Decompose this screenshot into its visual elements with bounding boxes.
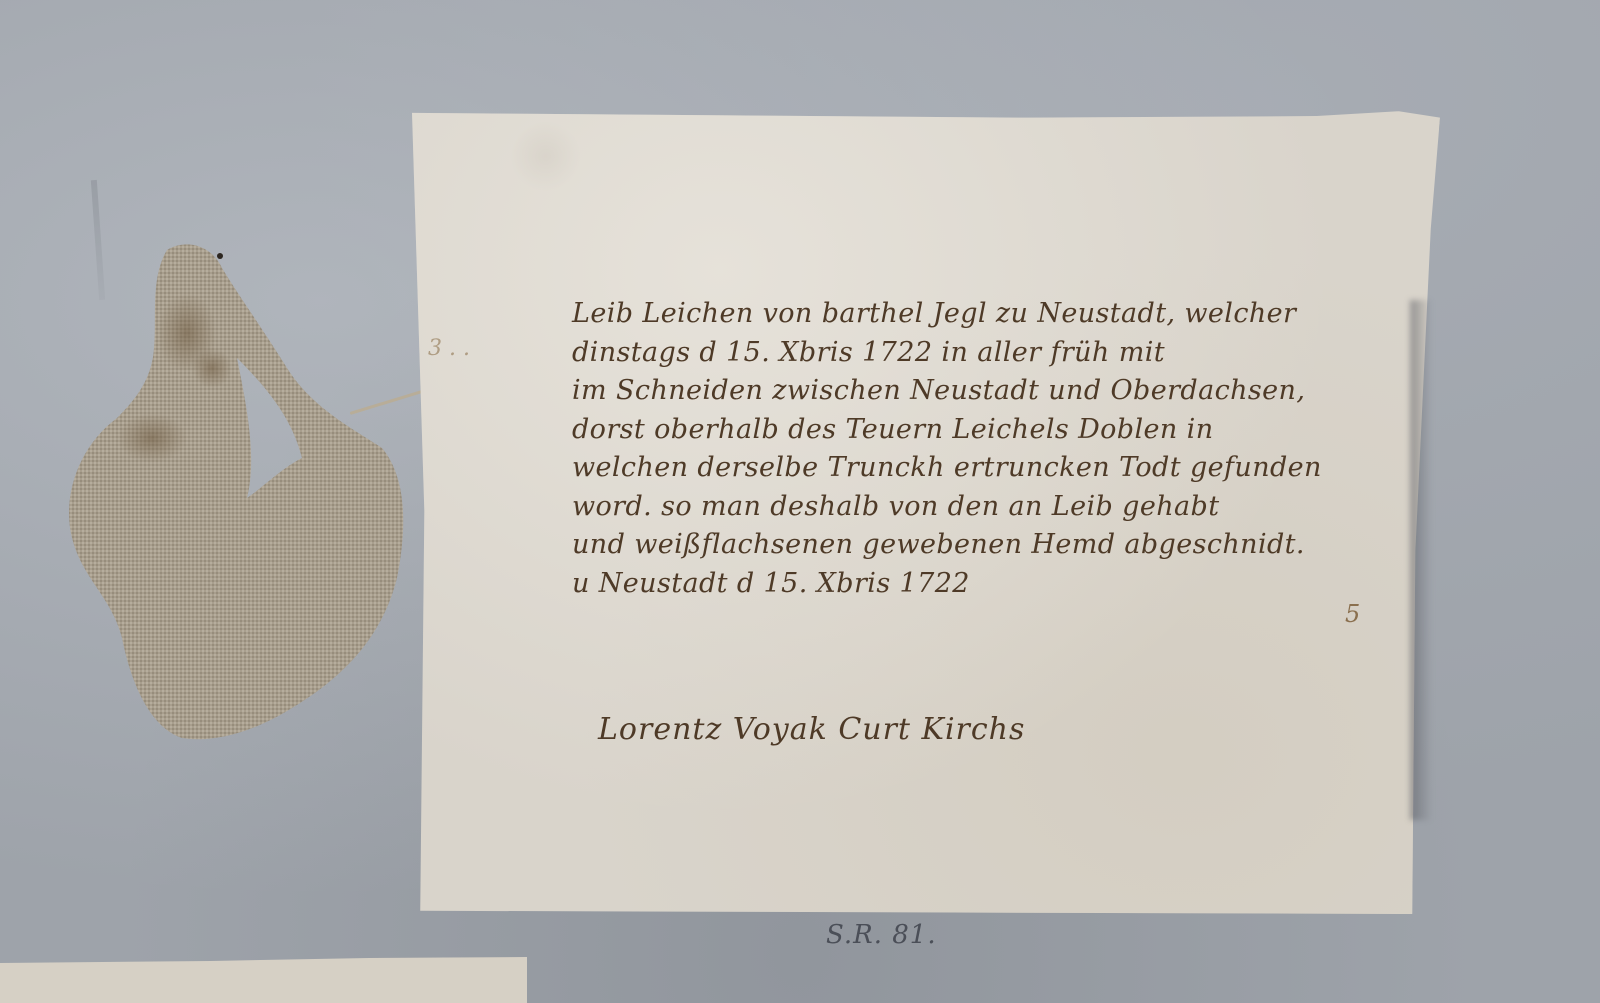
paper-edge-shadow <box>1410 300 1432 820</box>
textile-fragment <box>62 238 422 748</box>
linen-scrap-icon <box>62 238 422 748</box>
manuscript-line: und weißflachsenen gewebenen Hemd abgesc… <box>572 526 1352 565</box>
manuscript-line: dinstags d 15. Xbris 1722 in aller früh … <box>572 334 1352 373</box>
manuscript-line: im Schneiden zwischen Neustadt und Oberd… <box>572 372 1352 411</box>
manuscript-line: welchen derselbe Trunckh ertruncken Todt… <box>572 449 1352 488</box>
manuscript-line: word. so man deshalb von den an Leib geh… <box>572 488 1352 527</box>
margin-note-right: 5 <box>1345 600 1360 628</box>
manuscript-line: u Neustadt d 15. Xbris 1722 <box>572 565 1352 604</box>
adjacent-sheet-edge <box>0 957 527 1003</box>
shelfmark: S.R. 81. <box>826 920 937 950</box>
manuscript-line: Leib Leichen von barthel Jegl zu Neustad… <box>572 295 1352 334</box>
manuscript-line: dorst oberhalb des Teuern Leichels Doble… <box>572 411 1352 450</box>
margin-note-left: 3 . . <box>428 336 470 361</box>
signature: Lorentz Voyak Curt Kirchs <box>598 712 1025 747</box>
manuscript-text: Leib Leichen von barthel Jegl zu Neustad… <box>572 295 1352 603</box>
